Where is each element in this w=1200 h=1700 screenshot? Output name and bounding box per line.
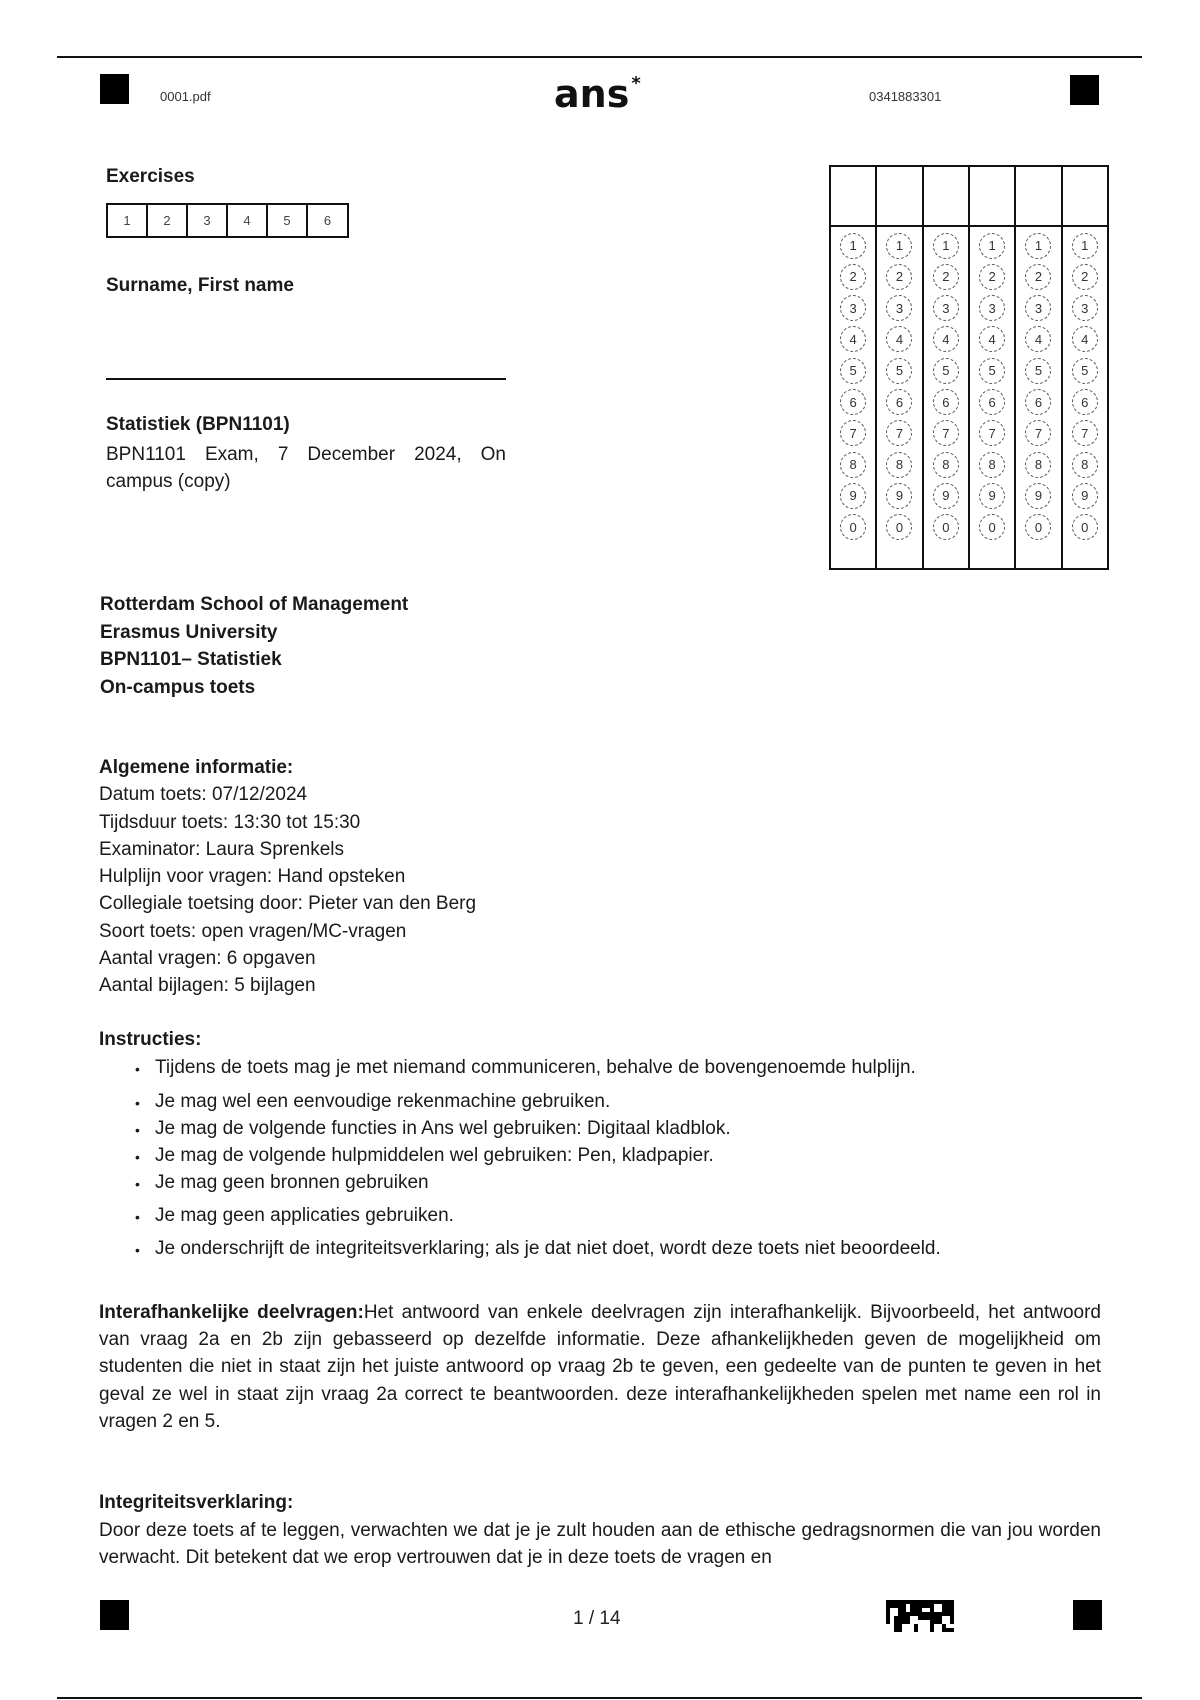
digit-bubble[interactable]: 1 [886, 233, 912, 259]
digit-bubble[interactable]: 0 [1025, 514, 1051, 540]
digit-bubble[interactable]: 6 [933, 389, 959, 415]
digit-bubbles: 1234567890 [877, 227, 921, 568]
digit-bubble[interactable]: 4 [933, 326, 959, 352]
organization-block: Rotterdam School of Management Erasmus U… [100, 591, 408, 701]
digit-write-box[interactable] [970, 167, 1014, 227]
digit-bubble[interactable]: 2 [979, 264, 1005, 290]
instructions-heading: Instructies: [99, 1029, 201, 1051]
info-line: Tijdsduur toets: 13:30 tot 15:30 [99, 809, 476, 836]
alignment-marker-bottom-right [1073, 1600, 1102, 1630]
bottom-rule [57, 1697, 1142, 1699]
exercise-box[interactable]: 5 [268, 205, 308, 236]
info-line: Hulplijn voor vragen: Hand opsteken [99, 863, 476, 890]
digit-bubbles: 1234567890 [970, 227, 1014, 568]
digit-bubble[interactable]: 7 [1025, 420, 1051, 446]
digit-column: 1234567890 [970, 167, 1016, 568]
alignment-marker-bottom-left [100, 1600, 129, 1630]
instruction-item: Je onderschrijft de integriteitsverklari… [135, 1235, 941, 1262]
interdependent-questions: Interafhankelijke deelvragen:Het antwoor… [99, 1299, 1101, 1435]
integrity-heading: Integriteitsverklaring: [99, 1492, 293, 1514]
organization-line: On-campus toets [100, 674, 408, 702]
digit-bubble[interactable]: 6 [1025, 389, 1051, 415]
digit-bubble[interactable]: 4 [1072, 326, 1098, 352]
info-line: Soort toets: open vragen/MC-vragen [99, 918, 476, 945]
digit-bubbles: 1234567890 [924, 227, 968, 568]
logo-asterisk-icon: * [631, 73, 640, 94]
digit-bubble[interactable]: 5 [1025, 358, 1051, 384]
digit-bubble[interactable]: 4 [886, 326, 912, 352]
digit-bubble[interactable]: 3 [886, 295, 912, 321]
digit-bubble[interactable]: 3 [1025, 295, 1051, 321]
digit-bubble[interactable]: 4 [1025, 326, 1051, 352]
page-number: 1 / 14 [573, 1608, 621, 1630]
digit-bubble[interactable]: 6 [979, 389, 1005, 415]
digit-bubble[interactable]: 5 [1072, 358, 1098, 384]
digit-write-box[interactable] [831, 167, 875, 227]
digit-bubble[interactable]: 9 [1025, 483, 1051, 509]
digit-bubble[interactable]: 4 [979, 326, 1005, 352]
digit-bubble[interactable]: 8 [840, 452, 866, 478]
digit-column: 1234567890 [1063, 167, 1107, 568]
digit-column: 1234567890 [831, 167, 877, 568]
barcode-icon [886, 1600, 954, 1632]
digit-bubble[interactable]: 8 [979, 452, 1005, 478]
instruction-item: Je mag de volgende hulpmiddelen wel gebr… [135, 1142, 941, 1169]
name-field-label: Surname, First name [106, 275, 294, 297]
info-line: Aantal bijlagen: 5 bijlagen [99, 972, 476, 999]
digit-bubble[interactable]: 4 [840, 326, 866, 352]
instruction-item: Tijdens de toets mag je met niemand comm… [135, 1054, 941, 1088]
exercise-box[interactable]: 2 [148, 205, 188, 236]
instruction-item: Je mag geen bronnen gebruiken [135, 1169, 941, 1202]
alignment-marker-top-left [100, 74, 129, 104]
digit-column: 1234567890 [1016, 167, 1062, 568]
digit-bubble[interactable]: 6 [840, 389, 866, 415]
digit-write-box[interactable] [924, 167, 968, 227]
digit-write-box[interactable] [877, 167, 921, 227]
instruction-item: Je mag de volgende functies in Ans wel g… [135, 1115, 941, 1142]
digit-bubble[interactable]: 5 [840, 358, 866, 384]
instruction-item: Je mag geen applicaties gebruiken. [135, 1202, 941, 1235]
digit-bubble[interactable]: 5 [886, 358, 912, 384]
digit-bubble[interactable]: 7 [979, 420, 1005, 446]
digit-bubble[interactable]: 1 [840, 233, 866, 259]
digit-bubble[interactable]: 9 [1072, 483, 1098, 509]
digit-bubble[interactable]: 9 [886, 483, 912, 509]
digit-bubble[interactable]: 8 [1072, 452, 1098, 478]
general-info-heading: Algemene informatie: [99, 754, 476, 781]
digit-column: 1234567890 [877, 167, 923, 568]
digit-bubble[interactable]: 1 [1025, 233, 1051, 259]
logo-text: ans [554, 72, 629, 116]
document-id: 0341883301 [869, 89, 941, 104]
digit-bubble[interactable]: 1 [979, 233, 1005, 259]
digit-bubbles: 1234567890 [1016, 227, 1060, 568]
instruction-item: Je mag wel een eenvoudige rekenmachine g… [135, 1088, 941, 1115]
digit-bubbles: 1234567890 [831, 227, 875, 568]
exercise-box[interactable]: 1 [108, 205, 148, 236]
digit-write-box[interactable] [1063, 167, 1107, 227]
digit-bubble[interactable]: 7 [933, 420, 959, 446]
exercise-box[interactable]: 6 [308, 205, 347, 236]
digit-bubble[interactable]: 2 [840, 264, 866, 290]
name-field-line[interactable] [106, 378, 506, 380]
digit-bubble[interactable]: 8 [886, 452, 912, 478]
digit-bubble[interactable]: 3 [933, 295, 959, 321]
digit-column: 1234567890 [924, 167, 970, 568]
digit-bubble[interactable]: 8 [933, 452, 959, 478]
digit-bubble[interactable]: 1 [933, 233, 959, 259]
digit-bubble[interactable]: 5 [979, 358, 1005, 384]
digit-bubble[interactable]: 2 [1072, 264, 1098, 290]
organization-line: Erasmus University [100, 619, 408, 647]
integrity-text: Door deze toets af te leggen, verwachten… [99, 1517, 1101, 1571]
digit-bubble[interactable]: 0 [840, 514, 866, 540]
info-line: Examinator: Laura Sprenkels [99, 836, 476, 863]
digit-bubble[interactable]: 0 [1072, 514, 1098, 540]
digit-bubble[interactable]: 2 [933, 264, 959, 290]
digit-write-box[interactable] [1016, 167, 1060, 227]
interdependent-heading: Interafhankelijke deelvragen: [99, 1302, 364, 1323]
digit-bubble[interactable]: 9 [840, 483, 866, 509]
instructions-list: Tijdens de toets mag je met niemand comm… [135, 1054, 941, 1262]
info-line: Aantal vragen: 6 opgaven [99, 945, 476, 972]
digit-bubble[interactable]: 3 [1072, 295, 1098, 321]
exercise-box[interactable]: 3 [188, 205, 228, 236]
digit-bubble[interactable]: 7 [1072, 420, 1098, 446]
digit-bubble[interactable]: 0 [886, 514, 912, 540]
digit-bubble[interactable]: 2 [886, 264, 912, 290]
top-rule [57, 56, 1142, 58]
organization-line: BPN1101– Statistiek [100, 646, 408, 674]
digit-bubble[interactable]: 3 [840, 295, 866, 321]
info-line: Datum toets: 07/12/2024 [99, 781, 476, 808]
digit-bubble[interactable]: 6 [886, 389, 912, 415]
digit-bubble[interactable]: 9 [933, 483, 959, 509]
info-line: Collegiale toetsing door: Pieter van den… [99, 890, 476, 917]
student-number-grid: 1234567890123456789012345678901234567890… [829, 165, 1109, 570]
digit-bubble[interactable]: 9 [979, 483, 1005, 509]
digit-bubble[interactable]: 3 [979, 295, 1005, 321]
digit-bubble[interactable]: 0 [979, 514, 1005, 540]
digit-bubble[interactable]: 5 [933, 358, 959, 384]
organization-line: Rotterdam School of Management [100, 591, 408, 619]
exercise-boxes: 1 2 3 4 5 6 [106, 203, 349, 238]
digit-bubble[interactable]: 0 [933, 514, 959, 540]
exercise-box[interactable]: 4 [228, 205, 268, 236]
course-title: Statistiek (BPN1101) [106, 414, 290, 436]
digit-bubbles: 1234567890 [1063, 227, 1107, 568]
digit-bubble[interactable]: 7 [886, 420, 912, 446]
alignment-marker-top-right [1070, 75, 1099, 105]
ans-logo: ans* [554, 72, 641, 116]
filename: 0001.pdf [160, 89, 211, 104]
exercises-label: Exercises [106, 166, 195, 188]
general-info: Algemene informatie: Datum toets: 07/12/… [99, 754, 476, 1000]
digit-bubble[interactable]: 7 [840, 420, 866, 446]
digit-bubble[interactable]: 8 [1025, 452, 1051, 478]
course-subtitle: BPN1101 Exam, 7 December 2024, On campus… [106, 441, 506, 495]
digit-bubble[interactable]: 6 [1072, 389, 1098, 415]
digit-bubble[interactable]: 2 [1025, 264, 1051, 290]
digit-bubble[interactable]: 1 [1072, 233, 1098, 259]
